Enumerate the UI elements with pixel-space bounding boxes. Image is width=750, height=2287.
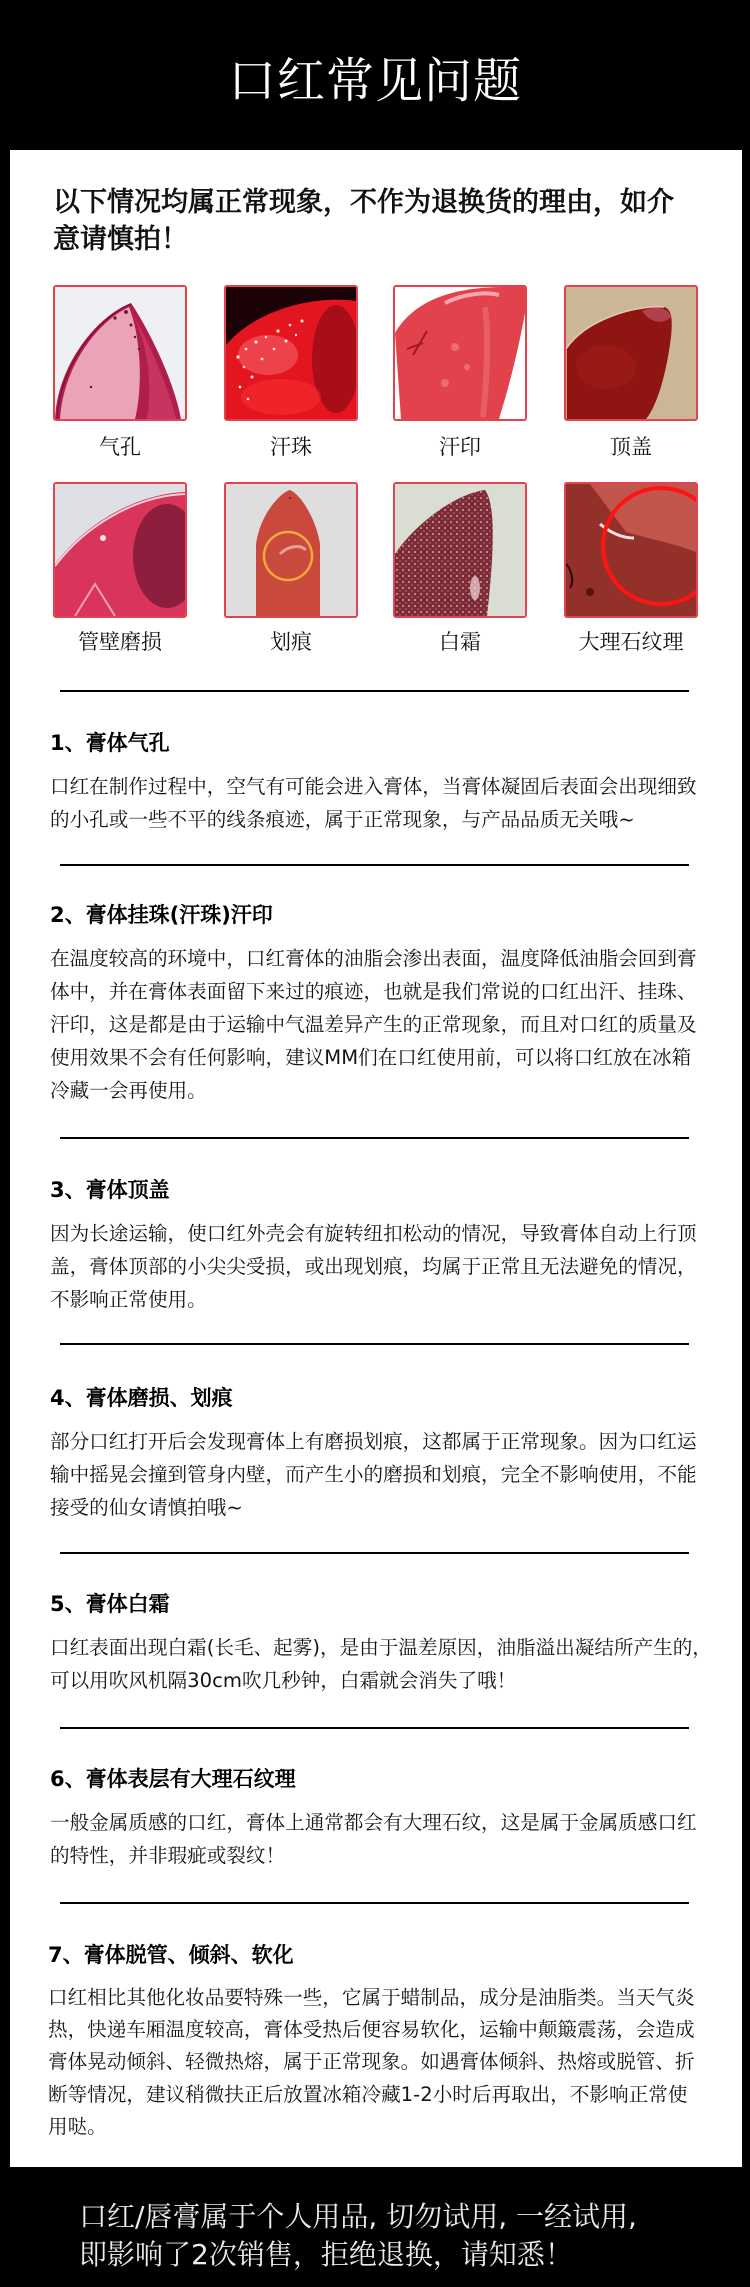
lipstick-bloom-photo-icon bbox=[393, 482, 527, 618]
footer-line: 即影响了2次销售，拒绝退换，请知悉！ bbox=[79, 2236, 637, 2274]
lipstick-air-holes-photo-icon bbox=[53, 285, 187, 421]
body-line: 冷藏一会再使用。 bbox=[50, 1074, 697, 1107]
body-line: 用哒。 bbox=[48, 2111, 695, 2143]
body-line: 不影响正常使用。 bbox=[50, 1283, 697, 1316]
section-body: 部分口红打开后会发现膏体上有磨损划痕，这都属于正常现象。因为口红运 输中摇晃会撞… bbox=[50, 1425, 697, 1524]
notice-line: 意请慎拍！ bbox=[53, 221, 674, 258]
body-line: 输中摇晃会撞到管身内壁，而产生小的磨损和划痕，完全不影响使用，不能 bbox=[50, 1458, 697, 1491]
thumb-label-tube-wear: 管壁磨损 bbox=[53, 630, 187, 654]
body-line: 汗印，这是都是由于运输中气温差异产生的正常现象，而且对口红的质量及 bbox=[50, 1008, 697, 1041]
section-body: 在温度较高的环境中，口红膏体的油脂会渗出表面，温度降低油脂会回到膏 体中，并在膏… bbox=[50, 942, 697, 1107]
body-line: 的小孔或一些不平的线条痕迹，属于正常现象，与产品品质无关哦~ bbox=[50, 803, 697, 836]
body-line: 使用效果不会有任何影响，建议MM们在口红使用前，可以将口红放在冰箱 bbox=[50, 1041, 697, 1074]
faq-section-marble: 6、膏体表层有大理石纹理 一般金属质感的口红，膏体上通常都会有大理石纹，这是属于… bbox=[50, 1766, 697, 1872]
body-line: 体中，并在膏体表面留下来过的痕迹，也就是我们常说的口红出汗、挂珠、 bbox=[50, 975, 697, 1008]
thumb-label-scratch: 划痕 bbox=[224, 630, 358, 654]
section-body: 因为长途运输，使口红外壳会有旋转纽扣松动的情况，导致膏体自动上行顶 盖，膏体顶部… bbox=[50, 1217, 697, 1316]
faq-section-wear-scratch: 4、膏体磨损、划痕 部分口红打开后会发现膏体上有磨损划痕，这都属于正常现象。因为… bbox=[50, 1385, 697, 1524]
notice-heading: 以下情况均属正常现象，不作为退换货的理由，如介 意请慎拍！ bbox=[53, 184, 674, 258]
notice-line: 以下情况均属正常现象，不作为退换货的理由，如介 bbox=[53, 184, 674, 221]
thumb-label-marble-texture: 大理石纹理 bbox=[564, 630, 698, 654]
thumb-label-sweat-marks: 汗印 bbox=[393, 435, 527, 459]
body-line: 口红相比其他化妆品要特殊一些，它属于蜡制品，成分是油脂类。当天气炎 bbox=[48, 1982, 695, 2014]
lipstick-scratch-photo-icon bbox=[224, 482, 358, 618]
section-heading: 7、膏体脱管、倾斜、软化 bbox=[48, 1942, 695, 1968]
body-line: 接受的仙女请慎拍哦~ bbox=[50, 1491, 697, 1524]
body-line: 部分口红打开后会发现膏体上有磨损划痕，这都属于正常现象。因为口红运 bbox=[50, 1425, 697, 1458]
lipstick-cap-dent-photo-icon bbox=[564, 285, 698, 421]
divider bbox=[60, 1552, 689, 1554]
section-heading: 5、膏体白霜 bbox=[50, 1591, 712, 1617]
section-heading: 6、膏体表层有大理石纹理 bbox=[50, 1766, 697, 1792]
body-line: 口红在制作过程中，空气有可能会进入膏体，当膏体凝固后表面会出现细致 bbox=[50, 770, 697, 803]
faq-section-sweat-beads: 2、膏体挂珠(汗珠)汗印 在温度较高的环境中，口红膏体的油脂会渗出表面，温度降低… bbox=[50, 902, 697, 1107]
body-line: 在温度较高的环境中，口红膏体的油脂会渗出表面，温度降低油脂会回到膏 bbox=[50, 942, 697, 975]
thumb-label-air-holes: 气孔 bbox=[53, 435, 187, 459]
thumb-label-cap-dent: 顶盖 bbox=[564, 435, 698, 459]
body-line: 的特性，并非瑕疵或裂纹！ bbox=[50, 1839, 697, 1872]
section-body: 口红在制作过程中，空气有可能会进入膏体，当膏体凝固后表面会出现细致 的小孔或一些… bbox=[50, 770, 697, 836]
faq-section-cap-dent: 3、膏体顶盖 因为长途运输，使口红外壳会有旋转纽扣松动的情况，导致膏体自动上行顶… bbox=[50, 1177, 697, 1316]
body-line: 因为长途运输，使口红外壳会有旋转纽扣松动的情况，导致膏体自动上行顶 bbox=[50, 1217, 697, 1250]
divider bbox=[60, 690, 689, 692]
lipstick-sweat-beads-photo-icon bbox=[224, 285, 358, 421]
footer-line: 口红/唇膏属于个人用品, 切勿试用, 一经试用, bbox=[79, 2198, 637, 2236]
divider bbox=[60, 1902, 689, 1904]
body-line: 口红表面出现白霜(长毛、起雾)，是由于温差原因，油脂溢出凝结所产生的， bbox=[50, 1631, 712, 1664]
body-line: 可以用吹风机隔30cm吹几秒钟，白霜就会消失了哦！ bbox=[50, 1664, 712, 1697]
section-heading: 3、膏体顶盖 bbox=[50, 1177, 697, 1203]
body-line: 断等情况，建议稍微扶正后放置冰箱冷藏1-2小时后再取出，不影响正常使 bbox=[48, 2079, 695, 2111]
faq-section-air-holes: 1、膏体气孔 口红在制作过程中，空气有可能会进入膏体，当膏体凝固后表面会出现细致… bbox=[50, 730, 697, 836]
thumb-label-sweat-beads: 汗珠 bbox=[224, 435, 358, 459]
footer-warning: 口红/唇膏属于个人用品, 切勿试用, 一经试用, 即影响了2次销售，拒绝退换，请… bbox=[79, 2198, 637, 2274]
lipstick-marble-texture-photo-icon bbox=[564, 482, 698, 618]
divider bbox=[60, 1343, 689, 1345]
page-title: 口红常见问题 bbox=[0, 54, 750, 108]
lipstick-tube-wear-photo-icon bbox=[53, 482, 187, 618]
lipstick-sweat-marks-photo-icon bbox=[393, 285, 527, 421]
divider bbox=[60, 1137, 689, 1139]
faq-section-detach-tilt-soften: 7、膏体脱管、倾斜、软化 口红相比其他化妆品要特殊一些，它属于蜡制品，成分是油脂… bbox=[48, 1942, 695, 2143]
section-body: 口红表面出现白霜(长毛、起雾)，是由于温差原因，油脂溢出凝结所产生的， 可以用吹… bbox=[50, 1631, 712, 1697]
section-heading: 1、膏体气孔 bbox=[50, 730, 697, 756]
body-line: 膏体晃动倾斜、轻微热熔，属于正常现象。如遇膏体倾斜、热熔或脱管、折 bbox=[48, 2046, 695, 2078]
section-heading: 2、膏体挂珠(汗珠)汗印 bbox=[50, 902, 697, 928]
body-line: 盖，膏体顶部的小尖尖受损，或出现划痕，均属于正常且无法避免的情况， bbox=[50, 1250, 697, 1283]
thumb-label-bloom: 白霜 bbox=[393, 630, 527, 654]
body-line: 一般金属质感的口红，膏体上通常都会有大理石纹，这是属于金属质感口红 bbox=[50, 1806, 697, 1839]
section-body: 口红相比其他化妆品要特殊一些，它属于蜡制品，成分是油脂类。当天气炎 热，快递车厢… bbox=[48, 1982, 695, 2143]
divider bbox=[60, 1727, 689, 1729]
section-heading: 4、膏体磨损、划痕 bbox=[50, 1385, 697, 1411]
divider bbox=[60, 864, 689, 866]
body-line: 热，快递车厢温度较高，膏体受热后便容易软化，运输中颠簸震荡，会造成 bbox=[48, 2014, 695, 2046]
faq-section-bloom: 5、膏体白霜 口红表面出现白霜(长毛、起雾)，是由于温差原因，油脂溢出凝结所产生… bbox=[50, 1591, 712, 1697]
section-body: 一般金属质感的口红，膏体上通常都会有大理石纹，这是属于金属质感口红 的特性，并非… bbox=[50, 1806, 697, 1872]
